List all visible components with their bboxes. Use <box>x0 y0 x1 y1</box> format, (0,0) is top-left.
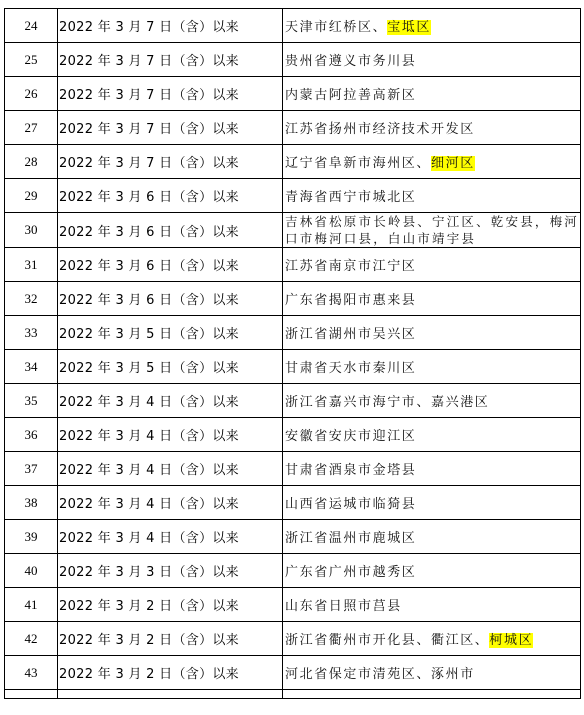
area-cell: 内蒙古阿拉善高新区 <box>283 77 581 111</box>
area-text: 浙江省温州市鹿城区 <box>285 531 416 546</box>
row-number: 24 <box>5 9 58 43</box>
area-cell: 河北省保定市清苑区、涿州市 <box>283 656 581 690</box>
table-row: 252022 年 3 月 7 日（含）以来贵州省遵义市务川县 <box>5 43 581 77</box>
start-date: 2022 年 3 月 4 日（含）以来 <box>58 384 283 418</box>
table-row: 362022 年 3 月 4 日（含）以来安徽省安庆市迎江区 <box>5 418 581 452</box>
row-number: 28 <box>5 145 58 179</box>
start-date: 2022 年 3 月 7 日（含）以来 <box>58 43 283 77</box>
area-cell: 浙江省衢州市开化县、衢江区、柯城区 <box>283 622 581 656</box>
row-number <box>5 690 58 699</box>
table-row: 412022 年 3 月 2 日（含）以来山东省日照市莒县 <box>5 588 581 622</box>
area-cell <box>283 690 581 699</box>
start-date: 2022 年 3 月 6 日（含）以来 <box>58 179 283 213</box>
table-row: 302022 年 3 月 6 日（含）以来吉林省松原市长岭县、宁江区、乾安县，梅… <box>5 213 581 248</box>
area-text: 安徽省安庆市迎江区 <box>285 429 416 444</box>
table-row: 392022 年 3 月 4 日（含）以来浙江省温州市鹿城区 <box>5 520 581 554</box>
row-number: 29 <box>5 179 58 213</box>
row-number: 25 <box>5 43 58 77</box>
area-cell: 浙江省温州市鹿城区 <box>283 520 581 554</box>
start-date: 2022 年 3 月 5 日（含）以来 <box>58 316 283 350</box>
table-row: 422022 年 3 月 2 日（含）以来浙江省衢州市开化县、衢江区、柯城区 <box>5 622 581 656</box>
start-date: 2022 年 3 月 4 日（含）以来 <box>58 418 283 452</box>
area-text: 广东省揭阳市惠来县 <box>285 293 416 308</box>
area-text: 天津市红桥区、 <box>285 20 387 35</box>
area-text: 山东省日照市莒县 <box>285 599 402 614</box>
table-row: 342022 年 3 月 5 日（含）以来甘肃省天水市秦川区 <box>5 350 581 384</box>
area-cell: 甘肃省酒泉市金塔县 <box>283 452 581 486</box>
table-row: 312022 年 3 月 6 日（含）以来江苏省南京市江宁区 <box>5 248 581 282</box>
start-date: 2022 年 3 月 6 日（含）以来 <box>58 282 283 316</box>
area-cell: 青海省西宁市城北区 <box>283 179 581 213</box>
area-cell: 辽宁省阜新市海州区、细河区 <box>283 145 581 179</box>
area-text: 江苏省扬州市经济技术开发区 <box>285 122 475 137</box>
area-cell: 广东省揭阳市惠来县 <box>283 282 581 316</box>
start-date: 2022 年 3 月 7 日（含）以来 <box>58 145 283 179</box>
area-text: 广东省广州市越秀区 <box>285 565 416 580</box>
row-number: 34 <box>5 350 58 384</box>
row-number: 36 <box>5 418 58 452</box>
area-text: 吉林省松原市长岭县、宁江区、乾安县，梅河口市梅河口县，白山市靖宇县 <box>285 214 579 246</box>
start-date: 2022 年 3 月 3 日（含）以来 <box>58 554 283 588</box>
start-date: 2022 年 3 月 7 日（含）以来 <box>58 9 283 43</box>
start-date <box>58 690 283 699</box>
area-cell: 广东省广州市越秀区 <box>283 554 581 588</box>
table-row: 322022 年 3 月 6 日（含）以来广东省揭阳市惠来县 <box>5 282 581 316</box>
area-cell: 吉林省松原市长岭县、宁江区、乾安县，梅河口市梅河口县，白山市靖宇县 <box>283 213 581 248</box>
table-row: 352022 年 3 月 4 日（含）以来浙江省嘉兴市海宁市、嘉兴港区 <box>5 384 581 418</box>
start-date: 2022 年 3 月 6 日（含）以来 <box>58 213 283 248</box>
table-row: 292022 年 3 月 6 日（含）以来青海省西宁市城北区 <box>5 179 581 213</box>
area-cell: 甘肃省天水市秦川区 <box>283 350 581 384</box>
area-cell: 浙江省湖州市吴兴区 <box>283 316 581 350</box>
area-text: 辽宁省阜新市海州区、 <box>285 156 431 171</box>
table-row: 372022 年 3 月 4 日（含）以来甘肃省酒泉市金塔县 <box>5 452 581 486</box>
start-date: 2022 年 3 月 5 日（含）以来 <box>58 350 283 384</box>
highlighted-area: 柯城区 <box>489 633 533 648</box>
area-cell: 山西省运城市临猗县 <box>283 486 581 520</box>
table-row: 382022 年 3 月 4 日（含）以来山西省运城市临猗县 <box>5 486 581 520</box>
row-number: 35 <box>5 384 58 418</box>
table-row: 262022 年 3 月 7 日（含）以来内蒙古阿拉善高新区 <box>5 77 581 111</box>
area-cell: 天津市红桥区、宝坻区 <box>283 9 581 43</box>
table-row: 272022 年 3 月 7 日（含）以来江苏省扬州市经济技术开发区 <box>5 111 581 145</box>
table-row: 242022 年 3 月 7 日（含）以来天津市红桥区、宝坻区 <box>5 9 581 43</box>
area-text: 江苏省南京市江宁区 <box>285 259 416 274</box>
start-date: 2022 年 3 月 2 日（含）以来 <box>58 622 283 656</box>
row-number: 40 <box>5 554 58 588</box>
area-cell: 安徽省安庆市迎江区 <box>283 418 581 452</box>
start-date: 2022 年 3 月 6 日（含）以来 <box>58 248 283 282</box>
table-body: 242022 年 3 月 7 日（含）以来天津市红桥区、宝坻区252022 年 … <box>5 9 581 699</box>
area-text: 甘肃省酒泉市金塔县 <box>285 463 416 478</box>
table-row: 402022 年 3 月 3 日（含）以来广东省广州市越秀区 <box>5 554 581 588</box>
area-cell: 江苏省扬州市经济技术开发区 <box>283 111 581 145</box>
row-number: 33 <box>5 316 58 350</box>
start-date: 2022 年 3 月 7 日（含）以来 <box>58 111 283 145</box>
area-cell: 江苏省南京市江宁区 <box>283 248 581 282</box>
area-text: 河北省保定市清苑区、涿州市 <box>285 667 475 682</box>
row-number: 32 <box>5 282 58 316</box>
row-number: 30 <box>5 213 58 248</box>
area-cell: 贵州省遵义市务川县 <box>283 43 581 77</box>
area-cell: 浙江省嘉兴市海宁市、嘉兴港区 <box>283 384 581 418</box>
table-row: 282022 年 3 月 7 日（含）以来辽宁省阜新市海州区、细河区 <box>5 145 581 179</box>
risk-area-table: 242022 年 3 月 7 日（含）以来天津市红桥区、宝坻区252022 年 … <box>4 8 581 699</box>
start-date: 2022 年 3 月 2 日（含）以来 <box>58 656 283 690</box>
start-date: 2022 年 3 月 4 日（含）以来 <box>58 486 283 520</box>
area-text: 浙江省衢州市开化县、衢江区、 <box>285 633 489 648</box>
start-date: 2022 年 3 月 4 日（含）以来 <box>58 452 283 486</box>
area-text: 贵州省遵义市务川县 <box>285 54 416 69</box>
area-text: 山西省运城市临猗县 <box>285 497 416 512</box>
table-row: 332022 年 3 月 5 日（含）以来浙江省湖州市吴兴区 <box>5 316 581 350</box>
row-number: 43 <box>5 656 58 690</box>
highlighted-area: 宝坻区 <box>387 20 431 35</box>
start-date: 2022 年 3 月 2 日（含）以来 <box>58 588 283 622</box>
highlighted-area: 细河区 <box>431 156 475 171</box>
area-text: 内蒙古阿拉善高新区 <box>285 88 416 103</box>
row-number: 42 <box>5 622 58 656</box>
row-number: 26 <box>5 77 58 111</box>
row-number: 39 <box>5 520 58 554</box>
start-date: 2022 年 3 月 4 日（含）以来 <box>58 520 283 554</box>
area-text: 甘肃省天水市秦川区 <box>285 361 416 376</box>
row-number: 31 <box>5 248 58 282</box>
row-number: 38 <box>5 486 58 520</box>
area-cell: 山东省日照市莒县 <box>283 588 581 622</box>
area-text: 浙江省嘉兴市海宁市、嘉兴港区 <box>285 395 489 410</box>
area-text: 浙江省湖州市吴兴区 <box>285 327 416 342</box>
row-number: 27 <box>5 111 58 145</box>
area-text: 青海省西宁市城北区 <box>285 190 416 205</box>
table-row-partial <box>5 690 581 699</box>
row-number: 41 <box>5 588 58 622</box>
start-date: 2022 年 3 月 7 日（含）以来 <box>58 77 283 111</box>
table-row: 432022 年 3 月 2 日（含）以来河北省保定市清苑区、涿州市 <box>5 656 581 690</box>
row-number: 37 <box>5 452 58 486</box>
